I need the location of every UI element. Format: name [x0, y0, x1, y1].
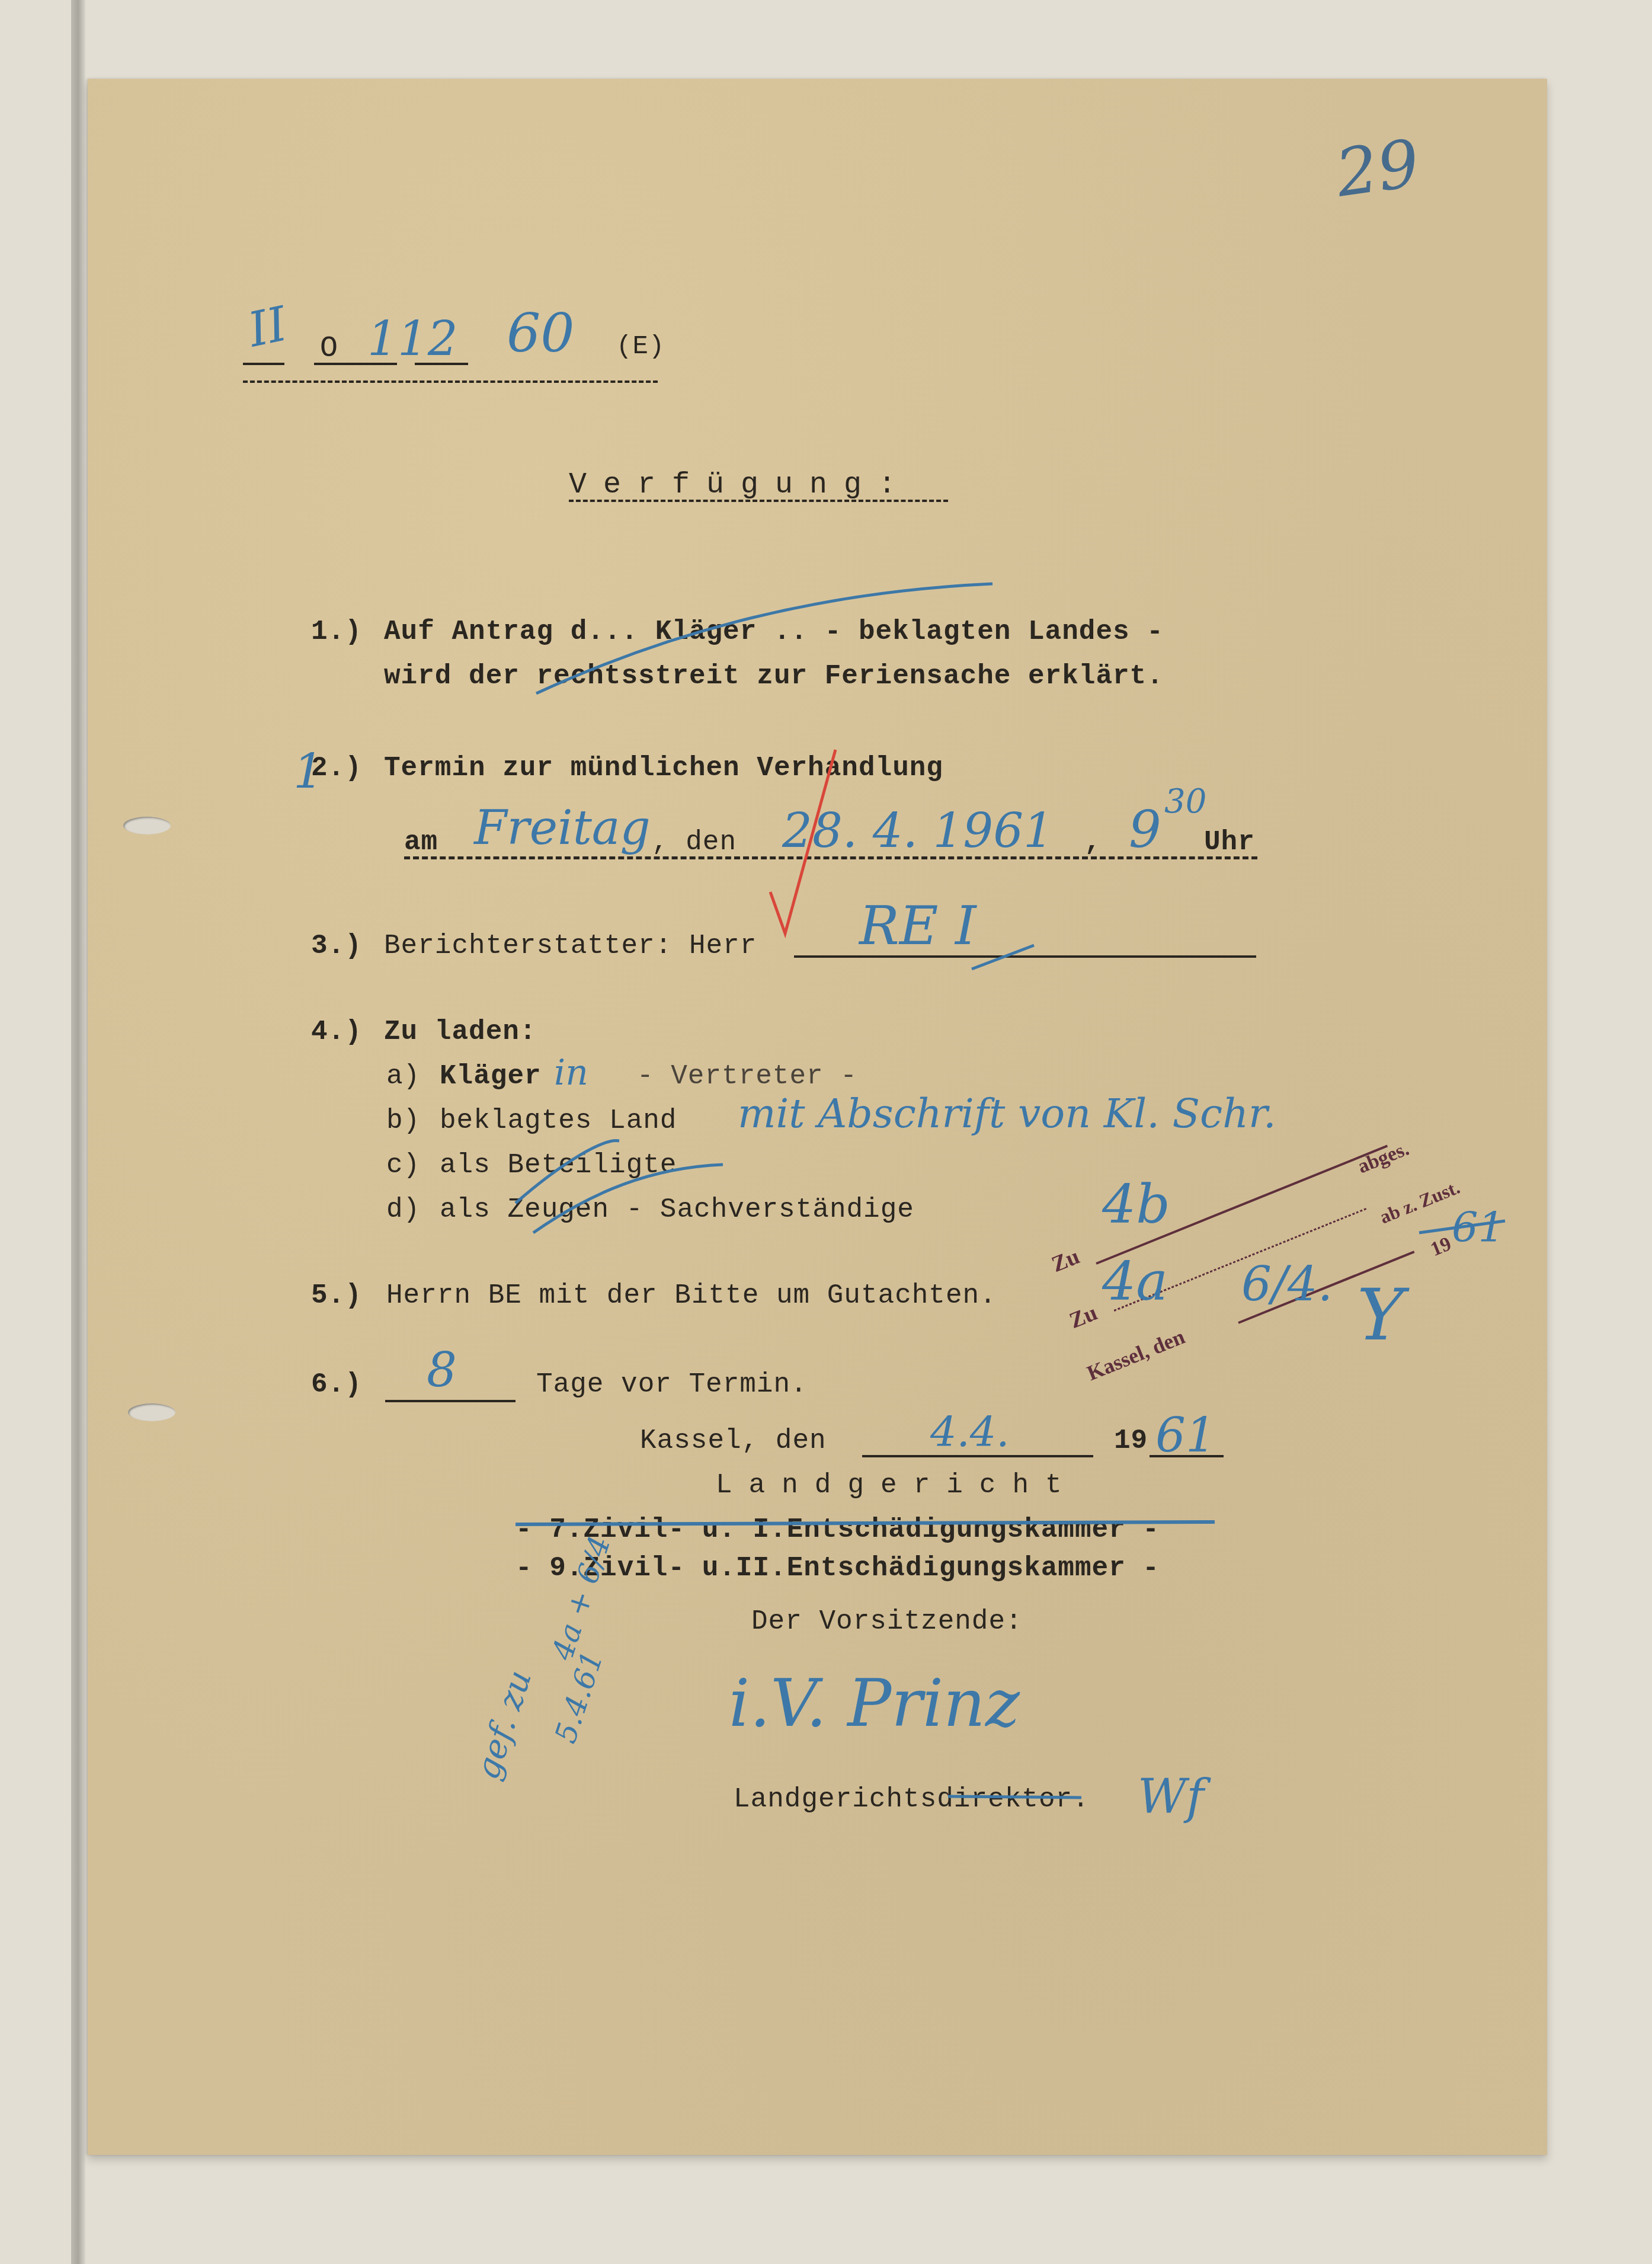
item-4d-strike-stroke [533, 1165, 723, 1233]
item-1-strike-stroke [536, 584, 993, 693]
item-3-ink-slash [972, 945, 1034, 969]
ink-strokes-overlay [0, 0, 1652, 2264]
red-check-mark [770, 750, 835, 933]
stamp-year-strike-stroke [1419, 1221, 1505, 1233]
signer-title-strike-stroke [948, 1796, 1081, 1798]
chamber-strike-stroke [516, 1522, 1215, 1524]
